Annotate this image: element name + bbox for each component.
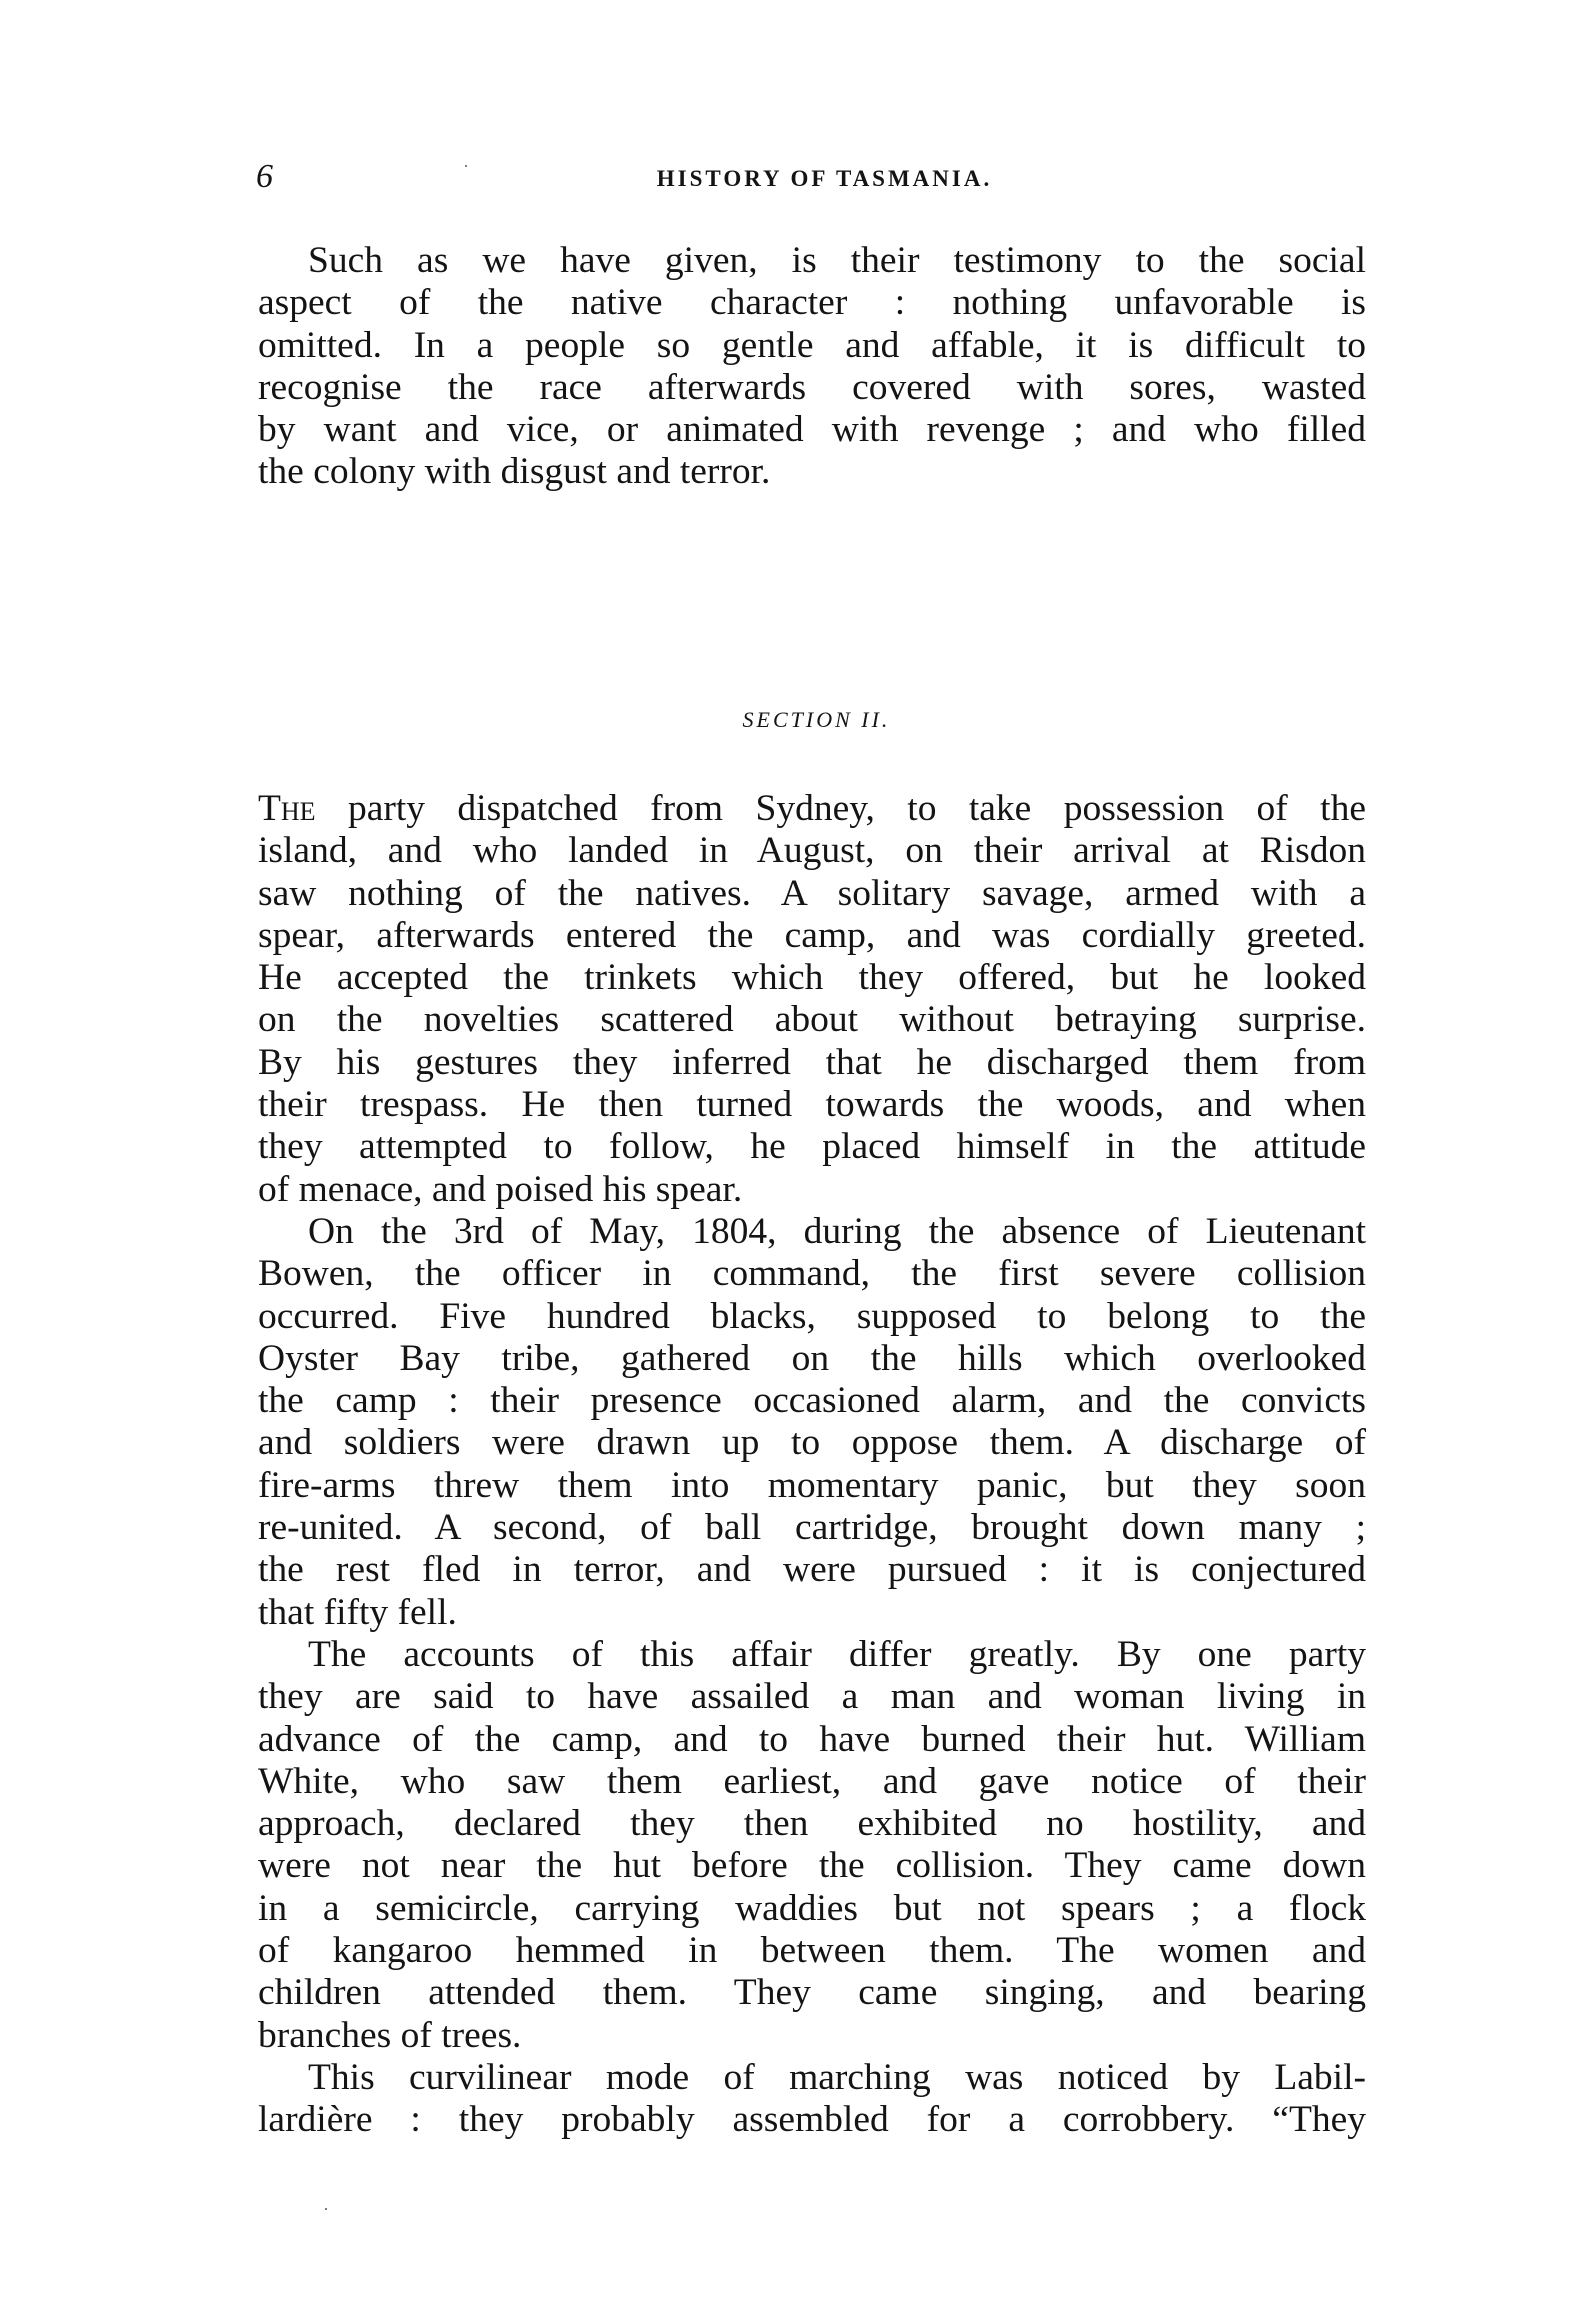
text-line: This curvilinear mode of marching was no…	[258, 2057, 1366, 2099]
text-line: The accounts of this affair differ great…	[258, 1634, 1366, 1676]
section-ii-body: The party dispatched from Sydney, to tak…	[258, 788, 1366, 2142]
text-line: occurred. Five hundred blacks, supposed …	[258, 1296, 1366, 1338]
text-line: of menace, and poised his spear.	[258, 1169, 1366, 1211]
text-line: He accepted the trinkets which they offe…	[258, 957, 1366, 999]
text-line: approach, declared they then exhibited n…	[258, 1803, 1366, 1845]
text-line: the colony with disgust and terror.	[258, 451, 1366, 493]
running-head-title: HISTORY OF TASMANIA.	[252, 166, 1367, 192]
text-line: recognise the race afterwards covered wi…	[258, 367, 1366, 409]
text-line-first: The party dispatched from Sydney, to tak…	[258, 788, 1366, 830]
text-line: branches of trees.	[258, 2015, 1366, 2057]
paragraph-native-character: Such as we have given, is their testimon…	[258, 240, 1366, 494]
text-line: children attended them. They came singin…	[258, 1972, 1366, 2014]
text-line: saw nothing of the natives. A solitary s…	[258, 873, 1366, 915]
text-line: they attempted to follow, he placed hims…	[258, 1126, 1366, 1168]
text-line: were not near the hut before the collisi…	[258, 1845, 1366, 1887]
text-line: Bowen, the officer in command, the first…	[258, 1253, 1366, 1295]
text-line: By his gestures they inferred that he di…	[258, 1042, 1366, 1084]
print-speck	[465, 165, 467, 167]
section-heading: SECTION II.	[0, 707, 1583, 733]
text-line: On the 3rd of May, 1804, during the abse…	[258, 1211, 1366, 1253]
text-line: the camp : their presence occasioned ala…	[258, 1380, 1366, 1422]
text-line: advance of the camp, and to have burned …	[258, 1719, 1366, 1761]
text-line: Such as we have given, is their testimon…	[258, 240, 1366, 282]
book-page: 6 HISTORY OF TASMANIA. Such as we have g…	[0, 0, 1583, 2297]
text-line-rest: party dispatched from Sydney, to take po…	[316, 788, 1366, 829]
text-line: in a semicircle, carrying waddies but no…	[258, 1888, 1366, 1930]
print-speck	[325, 2208, 327, 2210]
running-head: 6 HISTORY OF TASMANIA.	[252, 158, 1367, 198]
text-line: and soldiers were drawn up to oppose the…	[258, 1422, 1366, 1464]
text-line: on the novelties scattered about without…	[258, 999, 1366, 1041]
text-line: that fifty fell.	[258, 1592, 1366, 1634]
text-line: of kangaroo hemmed in between them. The …	[258, 1930, 1366, 1972]
lead-word-smallcaps: The	[258, 788, 316, 829]
text-line: the rest fled in terror, and were pursue…	[258, 1549, 1366, 1591]
text-line: by want and vice, or animated with reven…	[258, 409, 1366, 451]
text-line: fire-arms threw them into momentary pani…	[258, 1465, 1366, 1507]
text-line: spear, afterwards entered the camp, and …	[258, 915, 1366, 957]
text-line: their trespass. He then turned towards t…	[258, 1084, 1366, 1126]
text-line: lardière : they probably assembled for a…	[258, 2099, 1366, 2141]
text-line: they are said to have assailed a man and…	[258, 1676, 1366, 1718]
text-line: island, and who landed in August, on the…	[258, 830, 1366, 872]
text-line: re-united. A second, of ball cartridge, …	[258, 1507, 1366, 1549]
text-line: Oyster Bay tribe, gathered on the hills …	[258, 1338, 1366, 1380]
text-line: White, who saw them earliest, and gave n…	[258, 1761, 1366, 1803]
text-line: omitted. In a people so gentle and affab…	[258, 325, 1366, 367]
text-line: aspect of the native character : nothing…	[258, 282, 1366, 324]
